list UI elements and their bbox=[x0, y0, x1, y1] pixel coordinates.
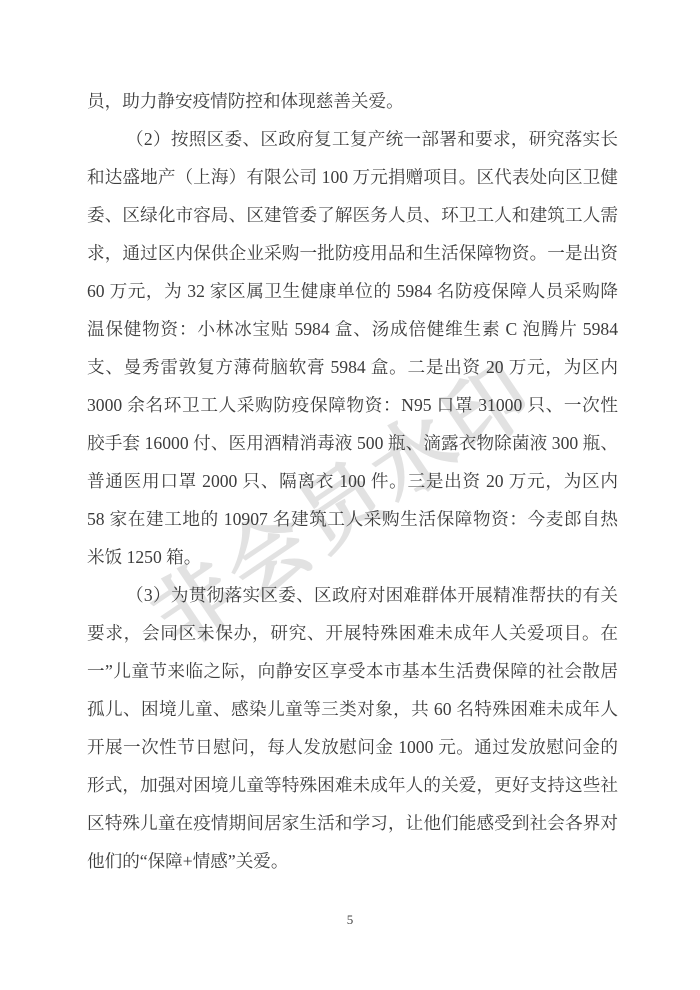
text-line: 支、曼秀雷敦复方薄荷脑软膏 5984 盒。二是出资 20 万元，为区内 bbox=[87, 348, 618, 386]
document-body: 员，助力静安疫情防控和体现慈善关爱。（2）按照区委、区政府复工复产统一部署和要求… bbox=[87, 82, 618, 880]
text-line: 温保健物资：小林冰宝贴 5984 盒、汤成倍健维生素 C 泡腾片 5984 bbox=[87, 310, 618, 348]
text-line: 员，助力静安疫情防控和体现慈善关爱。 bbox=[87, 82, 618, 120]
text-line: （2）按照区委、区政府复工复产统一部署和要求，研究落实长 bbox=[87, 120, 618, 158]
text-line: 开展一次性节日慰问，每人发放慰问金 1000 元。通过发放慰问金的 bbox=[87, 728, 618, 766]
text-line: 和达盛地产（上海）有限公司 100 万元捐赠项目。区代表处向区卫健 bbox=[87, 158, 618, 196]
text-line: 普通医用口罩 2000 只、隔离衣 100 件。三是出资 20 万元，为区内 bbox=[87, 462, 618, 500]
text-line: 区特殊儿童在疫情期间居家生活和学习，让他们能感受到社会各界对 bbox=[87, 804, 618, 842]
text-line: 米饭 1250 箱。 bbox=[87, 538, 618, 576]
text-line: 孤儿、困境儿童、感染儿童等三类对象，共 60 名特殊困难未成年人 bbox=[87, 690, 618, 728]
text-line: 他们的“保障+情感”关爱。 bbox=[87, 842, 618, 880]
text-line: 3000 余名环卫工人采购防疫保障物资：N95 口罩 31000 只、一次性橡 bbox=[87, 386, 618, 424]
text-line: 形式，加强对困境儿童等特殊困难未成年人的关爱，更好支持这些社 bbox=[87, 766, 618, 804]
text-line: （3）为贯彻落实区委、区政府对困难群体开展精准帮扶的有关 bbox=[87, 576, 618, 614]
page-number: 5 bbox=[0, 912, 700, 928]
text-line: 一”儿童节来临之际，向静安区享受本市基本生活费保障的社会散居 bbox=[87, 652, 618, 690]
text-line: 委、区绿化市容局、区建管委了解医务人员、环卫工人和建筑工人需 bbox=[87, 196, 618, 234]
text-line: 58 家在建工地的 10907 名建筑工人采购生活保障物资：今麦郎自热 bbox=[87, 500, 618, 538]
text-line: 要求，会同区未保办，研究、开展特殊困难未成年人关爱项目。在“六 bbox=[87, 614, 618, 652]
text-line: 胶手套 16000 付、医用酒精消毒液 500 瓶、滴露衣物除菌液 300 瓶、 bbox=[87, 424, 618, 462]
text-line: 求，通过区内保供企业采购一批防疫用品和生活保障物资。一是出资 bbox=[87, 234, 618, 272]
text-line: 60 万元，为 32 家区属卫生健康单位的 5984 名防疫保障人员采购降 bbox=[87, 272, 618, 310]
document-page: 非会员水印 员，助力静安疫情防控和体现慈善关爱。（2）按照区委、区政府复工复产统… bbox=[0, 0, 700, 990]
